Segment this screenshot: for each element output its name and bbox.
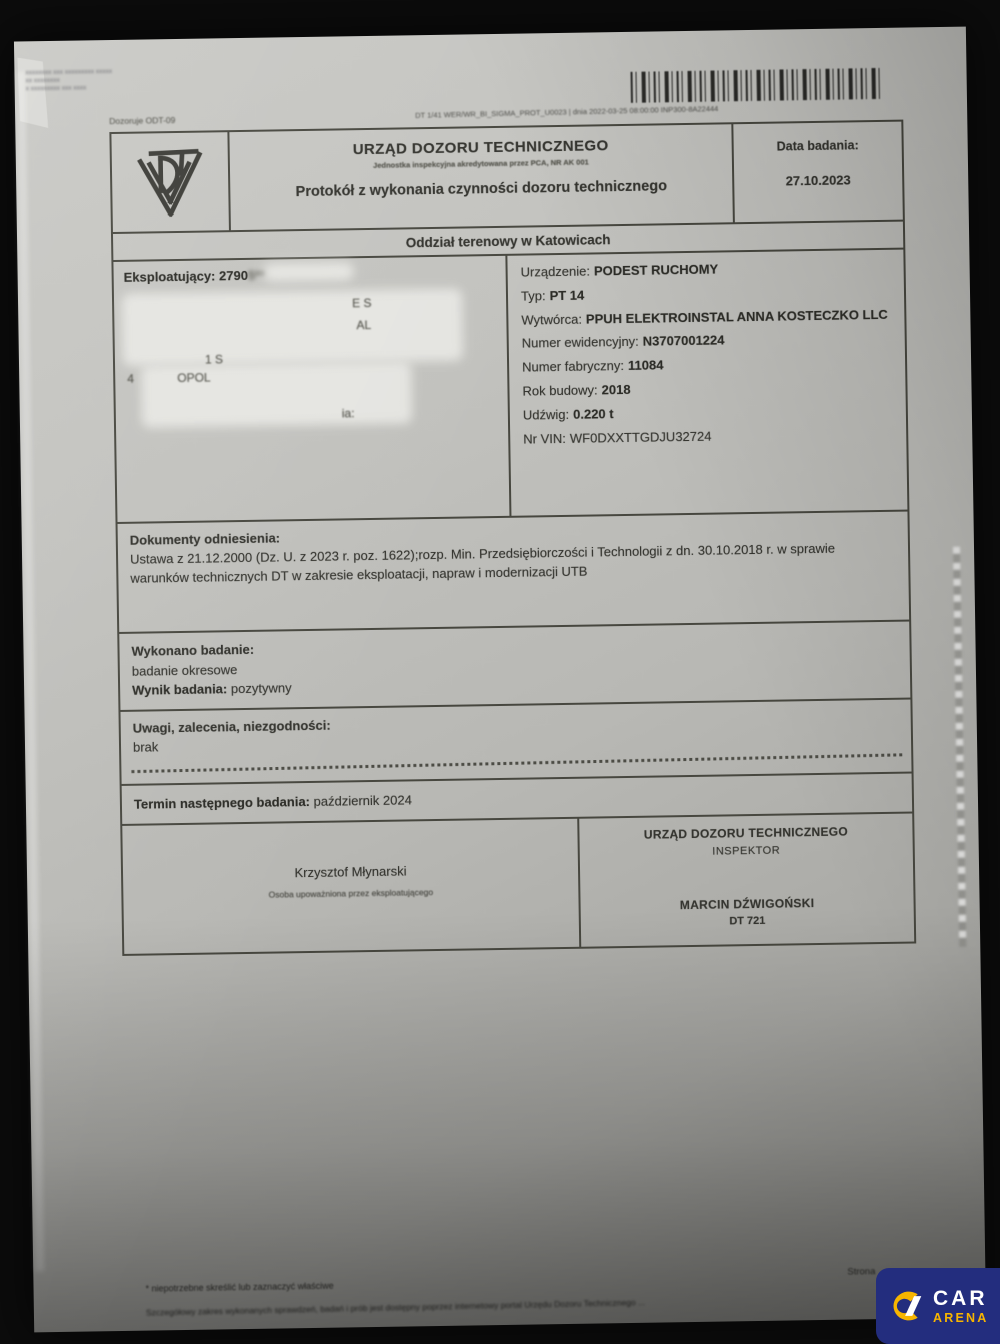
device-value: 2018 (602, 382, 631, 397)
udt-logo-cell (111, 132, 231, 232)
redacted-fragment: ia: (342, 406, 355, 420)
device-label: Wytwórca: (521, 311, 582, 327)
footer-info: Szczegółowy zakres wykonanych sprawdzeń,… (146, 1292, 904, 1318)
protocol-header: URZĄD DOZORU TECHNICZNEGO Jednostka insp… (111, 122, 902, 232)
form-code: Dozoruje ODT-09 (109, 115, 175, 126)
device-row: Typ:PT 14 (521, 283, 891, 304)
device-value: WF0DXXTTGDJU32724 (570, 428, 712, 445)
exam-date-value: 27.10.2023 (734, 172, 902, 190)
exam-date-label: Data badania: (734, 138, 902, 155)
device-label: Typ: (521, 288, 546, 303)
redacted-fragment: E S (352, 296, 372, 310)
dotted-fill-line (131, 753, 903, 773)
car-arena-wordmark: CAR ARENA (933, 1288, 988, 1325)
signatures-section: Krzysztof Młynarski Osoba upoważniona pr… (122, 812, 914, 954)
car-arena-icon (888, 1288, 924, 1324)
device-row: Numer ewidencyjny:N3707001224 (522, 330, 892, 351)
device-value: N3707001224 (643, 333, 725, 349)
exam-date-cell: Data badania: 27.10.2023 (731, 122, 903, 223)
operator-signature-caption: Osoba upoważniona przez eksploatującego (123, 885, 578, 902)
brand-top: CAR (933, 1288, 988, 1309)
device-row: Numer fabryczny:11084 (522, 354, 892, 375)
car-arena-logo: CAR ARENA (876, 1268, 1000, 1325)
device-value: 11084 (628, 358, 664, 374)
footnote: * niepotrzebne skreślić lub zaznaczyć wł… (145, 1281, 333, 1294)
inspector-id: DT 721 (581, 913, 914, 930)
device-value: PT 14 (549, 287, 584, 303)
device-label: Urządzenie: (521, 264, 591, 280)
examination-result-label: Wynik badania: (132, 681, 227, 697)
brand-bottom: ARENA (933, 1312, 988, 1325)
operator-number: 2790 (219, 268, 248, 283)
reference-docs-section: Dokumenty odniesienia: Ustawa z 21.12.20… (118, 510, 910, 632)
device-cell: Urządzenie:PODEST RUCHOMY Typ:PT 14 Wytw… (505, 250, 907, 516)
illegible-stamp: xxxxxxxx xxx xxxxxxxxx xxxxx xx xxxxxxxx… (25, 68, 112, 93)
device-value: 0.220 t (573, 406, 614, 422)
inspector-role: INSPEKTOR (580, 843, 913, 860)
operator-device-section: Eksploatujący: 27905** E S AL 1 S 4 OPOL… (113, 248, 907, 522)
device-label: Rok budowy: (522, 383, 597, 399)
device-label: Numer ewidencyjny: (522, 334, 639, 351)
operator-label: Eksploatujący: (124, 268, 216, 284)
udt-logo-icon (131, 146, 210, 217)
page-left-edge (16, 71, 44, 1271)
examination-result-value: pozytywny (231, 680, 292, 696)
redacted-fragment: OPOL (177, 370, 211, 385)
device-label: Numer fabryczny: (522, 358, 624, 375)
paper-crease (953, 547, 966, 947)
device-value: PPUH ELEKTROINSTAL ANNA KOSTECZKO LLC (586, 307, 888, 327)
operator-signature-name: Krzysztof Młynarski (123, 861, 578, 883)
remarks-section: Uwagi, zalecenia, niezgodności: brak (120, 698, 911, 784)
next-exam-value: październik 2024 (313, 792, 412, 809)
redacted-fragment: AL (356, 318, 371, 332)
title-cell: URZĄD DOZORU TECHNICZNEGO Jednostka insp… (229, 124, 732, 230)
redacted-fragment: 1 S (205, 352, 223, 366)
device-row: Udźwig:0.220 t (523, 402, 893, 423)
redaction-blob (122, 289, 463, 366)
stamp-line: xxxxxxxx xxx xxxxxxxxx xxxxx (25, 68, 112, 77)
page-indicator: Strona (847, 1266, 875, 1277)
inspector-name: MARCIN DŹWIGOŃSKI (580, 895, 913, 914)
inspector-org: URZĄD DOZORU TECHNICZNEGO (579, 824, 912, 843)
device-row: Nr VIN:WF0DXXTTGDJU32724 (523, 426, 893, 447)
barcode (630, 68, 880, 103)
document-reference-line: DT 1/41 WER/WR_BI_SIGMA_PROT_U0023 | dni… (415, 100, 901, 120)
device-row: Urządzenie:PODEST RUCHOMY (521, 259, 891, 280)
document-photo: xxxxxxxx xxx xxxxxxxxx xxxxx xx xxxxxxxx… (14, 27, 986, 1325)
device-label: Udźwig: (523, 407, 569, 423)
operator-cell: Eksploatujący: 27905** E S AL 1 S 4 OPOL… (113, 256, 509, 522)
device-row: Wytwórca:PPUH ELEKTROINSTAL ANNA KOSTECZ… (521, 306, 891, 327)
redaction-blob (263, 262, 353, 281)
next-exam-label: Termin następnego badania: (134, 794, 310, 812)
protocol-table: URZĄD DOZORU TECHNICZNEGO Jednostka insp… (109, 120, 916, 956)
inspector-signature-cell: URZĄD DOZORU TECHNICZNEGO INSPEKTOR MARC… (577, 814, 914, 947)
protocol-title: Protokół z wykonania czynności dozoru te… (230, 177, 732, 201)
stamp-line: x xxxxxxxxx xxx xxxx (26, 84, 113, 93)
redacted-fragment: 4 (127, 372, 134, 386)
operator-signature-cell: Krzysztof Młynarski Osoba upoważniona pr… (122, 819, 579, 954)
device-value: PODEST RUCHOMY (594, 262, 718, 279)
device-row: Rok budowy:2018 (522, 378, 892, 399)
examination-section: Wykonano badanie: badanie okresowe Wynik… (119, 620, 910, 710)
device-label: Nr VIN: (523, 431, 566, 447)
